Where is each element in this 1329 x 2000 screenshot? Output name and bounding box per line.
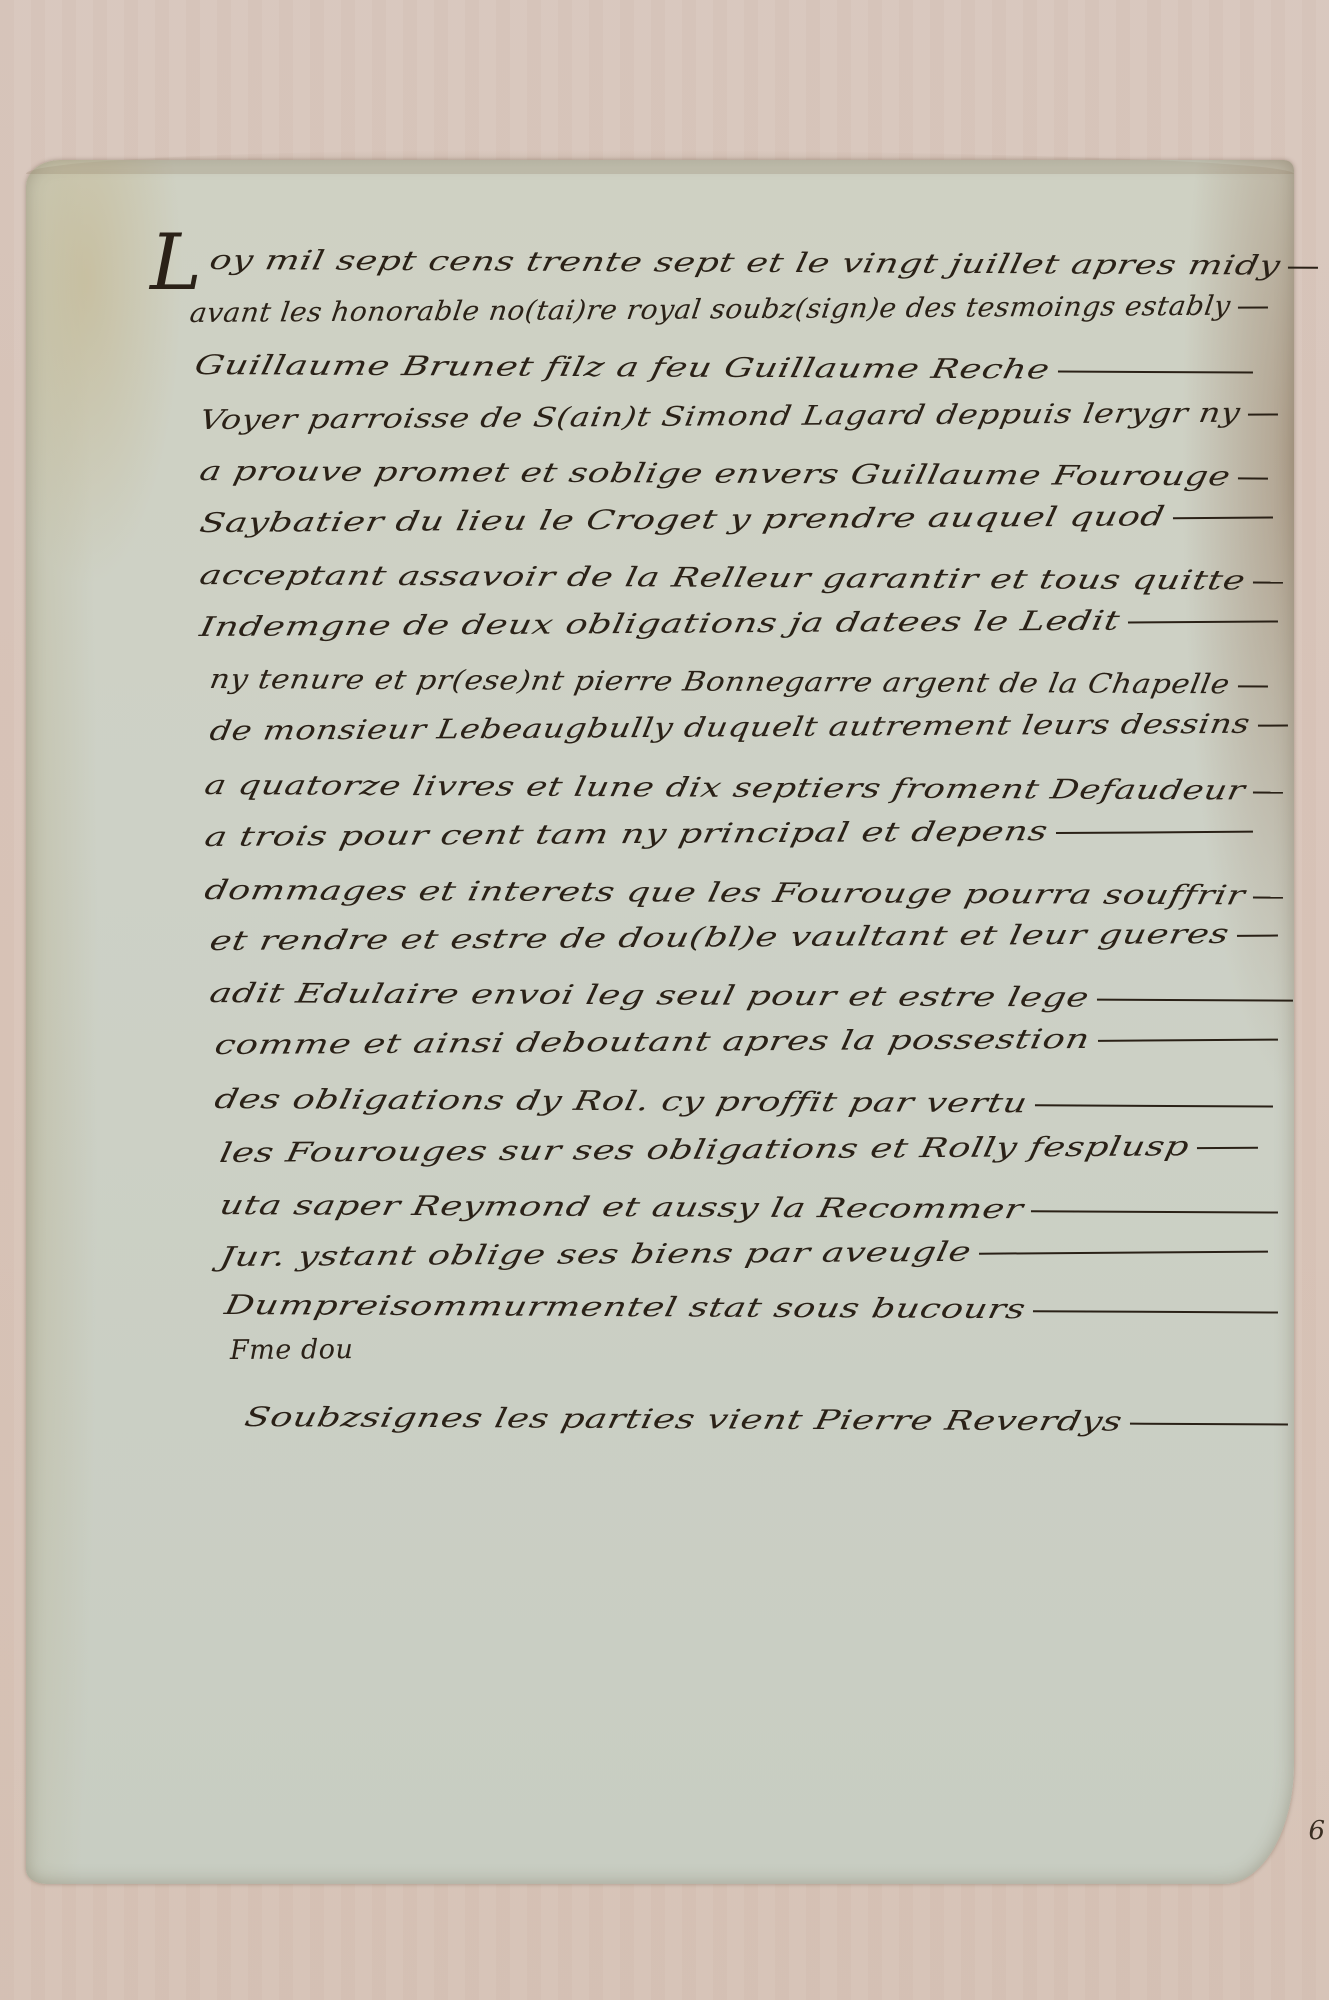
line-filler-stroke xyxy=(1253,896,1283,898)
line-filler-stroke xyxy=(1173,516,1273,519)
line-filler-stroke xyxy=(1033,1310,1278,1313)
line-filler-stroke xyxy=(1035,1104,1273,1107)
manuscript-line: a quatorze livres et lune dix septiers f… xyxy=(205,770,1283,807)
line-filler-stroke xyxy=(1258,724,1288,726)
manuscript-line: oy mil sept cens trente sept et le vingt… xyxy=(210,245,1318,282)
line-filler-stroke xyxy=(1197,1146,1258,1148)
manuscript-line: acceptant assavoir de la Relleur garanti… xyxy=(200,560,1283,597)
manuscript-line: ny tenure et pr(ese)nt pierre Bonnegarre… xyxy=(210,664,1268,701)
line-filler-stroke xyxy=(1237,934,1278,936)
line-filler-stroke xyxy=(1098,1038,1278,1041)
manuscript-line: a prouve promet et soblige envers Guilla… xyxy=(200,456,1268,493)
manuscript-line: Dumpreisommurmentel stat sous bucours xyxy=(225,1290,1278,1327)
torn-top-edge xyxy=(26,150,1294,174)
manuscript-line: Fme dou xyxy=(230,1334,354,1366)
manuscript-line: adit Edulaire envoi leg seul pour et est… xyxy=(210,978,1293,1015)
folio-mark: 6 xyxy=(1308,1816,1325,1846)
manuscript-line: uta saper Reymond et aussy la Recommer xyxy=(220,1190,1278,1227)
manuscript-line: dommages et interets que les Fourouge po… xyxy=(205,875,1283,912)
line-filler-stroke xyxy=(1288,266,1318,268)
line-filler-stroke xyxy=(1057,370,1252,373)
line-filler-stroke xyxy=(1248,413,1278,415)
line-filler-stroke xyxy=(1031,1210,1278,1213)
line-filler-stroke xyxy=(1056,830,1253,833)
line-filler-stroke xyxy=(1253,791,1283,793)
line-filler-stroke xyxy=(979,1250,1268,1254)
line-filler-stroke xyxy=(1238,685,1268,687)
manuscript-line: Soubzsignes les parties vient Pierre Rev… xyxy=(245,1402,1288,1438)
manuscript-line: Guillaume Brunet filz a feu Guillaume Re… xyxy=(195,350,1253,387)
line-filler-stroke xyxy=(1097,998,1293,1001)
manuscript-line: des obligations dy Rol. cy proffit par v… xyxy=(215,1084,1273,1121)
line-filler-stroke xyxy=(1238,306,1268,308)
decorated-initial: L xyxy=(150,218,202,308)
line-filler-stroke xyxy=(1238,477,1268,479)
line-filler-stroke xyxy=(1253,581,1283,583)
line-filler-stroke xyxy=(1128,620,1278,623)
line-filler-stroke xyxy=(1130,1422,1288,1425)
